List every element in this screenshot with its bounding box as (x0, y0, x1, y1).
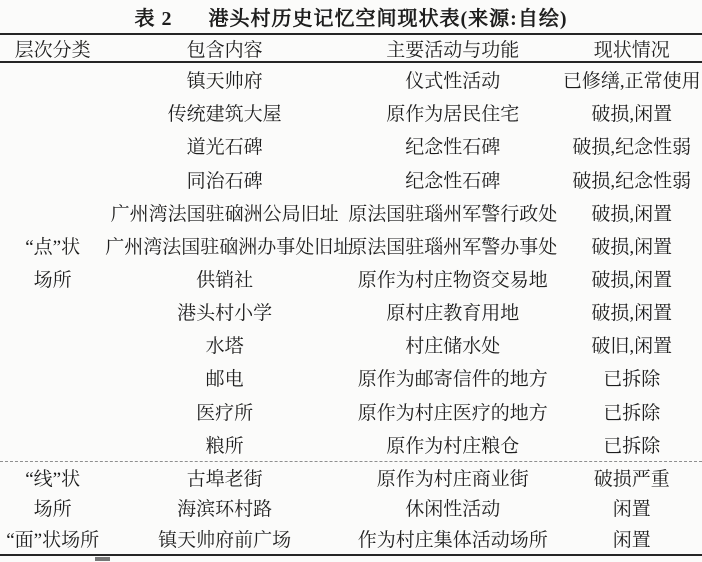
cell-function: 休闲性活动 (344, 494, 562, 521)
cell-function: 原村庄教育用地 (344, 298, 562, 325)
cell-content: 水塔 (105, 331, 344, 358)
column-header-status: 现状情况 (562, 35, 702, 62)
table-row: 医疗所 原作为村庄医疗的地方 已拆除 (0, 395, 702, 428)
table-number: 表 2 (135, 2, 173, 31)
table-row: 邮电 原作为邮寄信件的地方 已拆除 (0, 361, 702, 394)
table-row: 水塔 村庄储水处 破旧,闲置 (0, 328, 702, 361)
cell-content: 港头村小学 (105, 298, 344, 325)
cell-status: 破损,纪念性弱 (562, 166, 702, 193)
table-row: 广州湾法国驻硇洲公局旧址 原法国驻瑙州军警行政处 破损,闲置 (0, 196, 702, 229)
table-row: “点”状 广州湾法国驻硇洲办事处旧址 原法国驻瑙州军警办事处 破损,闲置 (0, 229, 702, 262)
cell-status: 破旧,闲置 (562, 331, 702, 358)
cell-function: 原法国驻瑙州军警行政处 (344, 199, 562, 226)
section-line-and-area-places: “线”状 古埠老街 原作为村庄商业街 破损严重 场所 海滨环村路 休闲性活动 闲… (0, 461, 702, 556)
cell-status: 已拆除 (562, 364, 702, 391)
table-row: “线”状 古埠老街 原作为村庄商业街 破损严重 (0, 462, 702, 493)
column-header-level: 层次分类 (0, 35, 105, 62)
table-title: 表 2 港头村历史记忆空间现状表(来源:自绘) (0, 0, 702, 33)
table-row: “面”状场所 镇天帅府前广场 作为村庄集体活动场所 闲置 (0, 523, 702, 554)
cell-status: 破损,闲置 (562, 199, 702, 226)
section-point-places: 镇天帅府 仪式性活动 已修缮,正常使用 传统建筑大屋 原作为居民住宅 破损,闲置… (0, 63, 702, 461)
cell-content: 广州湾法国驻硇洲公局旧址 (105, 199, 344, 226)
cell-content: 供销社 (105, 265, 344, 292)
cell-function: 原作为邮寄信件的地方 (344, 364, 562, 391)
cell-level: 场所 (0, 265, 105, 292)
paper-table-page: 表 2 港头村历史记忆空间现状表(来源:自绘) 层次分类 包含内容 主要活动与功… (0, 0, 702, 562)
cell-status: 破损,纪念性弱 (562, 132, 702, 159)
cell-status: 破损,闲置 (562, 298, 702, 325)
cell-content: 广州湾法国驻硇洲办事处旧址 (105, 232, 344, 259)
table-row: 场所 供销社 原作为村庄物资交易地 破损,闲置 (0, 262, 702, 295)
cell-status: 闲置 (562, 494, 702, 521)
table-row: 场所 海滨环村路 休闲性活动 闲置 (0, 493, 702, 524)
table-row: 同治石碑 纪念性石碑 破损,纪念性弱 (0, 162, 702, 195)
table-row: 镇天帅府 仪式性活动 已修缮,正常使用 (0, 63, 702, 96)
cell-status: 已拆除 (562, 431, 702, 458)
cell-function: 作为村庄集体活动场所 (344, 525, 562, 552)
table-row: 传统建筑大屋 原作为居民住宅 破损,闲置 (0, 96, 702, 129)
cell-function: 纪念性石碑 (344, 132, 562, 159)
cell-content: 传统建筑大屋 (105, 99, 344, 126)
cell-function: 原作为村庄商业街 (344, 464, 562, 491)
page-edge-text-fragment (95, 557, 110, 561)
cell-status: 破损,闲置 (562, 265, 702, 292)
table-caption: 港头村历史记忆空间现状表(来源:自绘) (209, 2, 568, 31)
column-header-content: 包含内容 (105, 35, 344, 62)
cell-content: 海滨环村路 (105, 494, 344, 521)
cell-function: 原作为村庄物资交易地 (344, 265, 562, 292)
table-row: 港头村小学 原村庄教育用地 破损,闲置 (0, 295, 702, 328)
cell-content: 古埠老街 (105, 464, 344, 491)
cell-status: 破损,闲置 (562, 99, 702, 126)
cell-status: 已修缮,正常使用 (562, 66, 702, 93)
cell-status: 闲置 (562, 525, 702, 552)
table-row: 道光石碑 纪念性石碑 破损,纪念性弱 (0, 129, 702, 162)
cell-content: 医疗所 (105, 398, 344, 425)
cell-content: 镇天帅府 (105, 66, 344, 93)
cell-function: 原法国驻瑙州军警办事处 (344, 232, 562, 259)
cell-status: 破损严重 (562, 464, 702, 491)
cell-level: “面”状场所 (0, 525, 105, 552)
cell-function: 原作为村庄医疗的地方 (344, 398, 562, 425)
header-row: 层次分类 包含内容 主要活动与功能 现状情况 (0, 33, 702, 63)
cell-content: 粮所 (105, 431, 344, 458)
cell-status: 已拆除 (562, 398, 702, 425)
cell-content: 邮电 (105, 364, 344, 391)
column-header-function: 主要活动与功能 (344, 35, 562, 62)
table-row: 粮所 原作为村庄粮仓 已拆除 (0, 428, 702, 461)
cell-content: 道光石碑 (105, 132, 344, 159)
cell-function: 村庄储水处 (344, 331, 562, 358)
cell-function: 原作为居民住宅 (344, 99, 562, 126)
cell-content: 镇天帅府前广场 (105, 525, 344, 552)
cell-level: 场所 (0, 494, 105, 521)
cell-function: 纪念性石碑 (344, 166, 562, 193)
cell-level: “点”状 (0, 232, 105, 259)
cell-function: 仪式性活动 (344, 66, 562, 93)
cell-function: 原作为村庄粮仓 (344, 431, 562, 458)
cell-status: 破损,闲置 (562, 232, 702, 259)
cell-content: 同治石碑 (105, 166, 344, 193)
cell-level: “线”状 (0, 464, 105, 491)
status-table: 层次分类 包含内容 主要活动与功能 现状情况 镇天帅府 仪式性活动 已修缮,正常… (0, 33, 702, 556)
